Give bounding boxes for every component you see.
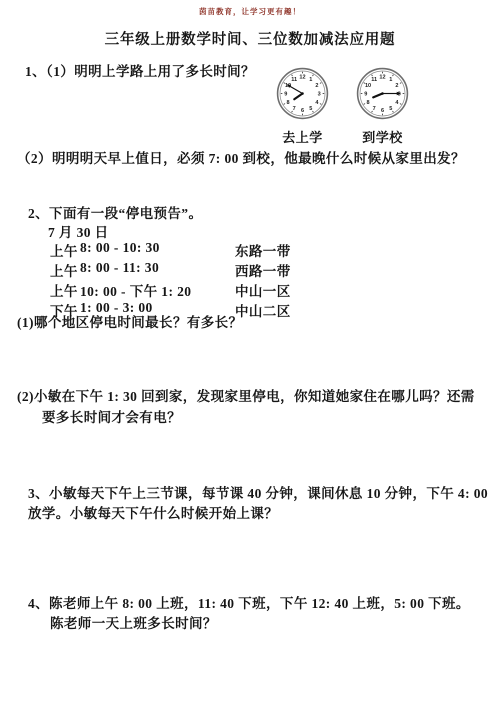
svg-text:11: 11 [371,77,377,83]
power-outage-schedule: 上午 8: 00 - 10: 30 东路一带 上午 8: 00 - 11: 30… [50,240,291,320]
question-3-line-2: 放学。小敏每天下午什么时候开始上课？ [28,502,278,522]
svg-text:9: 9 [284,91,287,97]
svg-text:6: 6 [381,108,384,114]
question-3-line-1: 3、小敏每天下午上三节课，每节课 40 分钟，课间休息 10 分钟，下午 4: … [28,482,488,502]
question-2-sub-1: (1)哪个地区停电时间最长？有多长？ [17,311,242,331]
schedule-row: 上午 8: 00 - 11: 30 西路一带 [50,260,291,280]
schedule-area: 西路一带 [235,260,291,280]
svg-text:2: 2 [395,83,398,89]
question-2-sub-2-line-1: (2)小敏在下午 1: 30 回到家，发现家里停电，你知道她家住在哪儿吗？还需 [17,385,475,405]
schedule-period: 上午 [50,280,80,300]
schedule-period: 上午 [50,240,80,260]
question-2-intro: 2、下面有一段“停电预告”。 [28,202,202,222]
svg-text:1: 1 [389,77,392,83]
schedule-time: 8: 00 - 11: 30 [80,260,235,280]
question-4-line-1: 4、陈老师上午 8: 00 上班，11: 40 下班，下午 12: 40 上班，… [28,592,470,612]
svg-text:5: 5 [309,106,312,112]
svg-text:2: 2 [315,83,318,89]
clock-figure-go-to-school: 123456789101112 去上学 [276,67,329,146]
clock-label-go-to-school: 去上学 [276,127,329,146]
clock-figure-arrive-at-school: 123456789101112 到学校 [356,67,409,146]
svg-text:3: 3 [318,91,321,97]
schedule-area: 东路一带 [235,240,291,260]
question-1-part-1: 1、（1）明明上学路上用了多长时间？ [25,60,255,80]
svg-text:11: 11 [291,77,297,83]
schedule-period: 上午 [50,260,80,280]
svg-text:8: 8 [366,100,369,106]
clock-label-arrive-at-school: 到学校 [356,127,409,146]
svg-text:6: 6 [301,108,304,114]
question-2-date: 7 月 30 日 [48,221,109,241]
svg-text:5: 5 [389,106,392,112]
svg-text:10: 10 [365,83,371,89]
worksheet-page: 茵苗教育，让学习更有趣！ 三年级上册数学时间、三位数加减法应用题 1、（1）明明… [0,0,500,707]
svg-text:7: 7 [293,106,296,112]
clock-face-go-to-school-icon: 123456789101112 [276,67,329,125]
question-2-sub-2-line-2: 要多长时间才会有电？ [42,406,181,426]
svg-text:1: 1 [309,77,312,83]
page-title: 三年级上册数学时间、三位数加减法应用题 [0,28,500,49]
schedule-row: 上午 10: 00 - 下午 1: 20 中山一区 [50,280,291,300]
svg-text:7: 7 [373,106,376,112]
clock-face-arrive-at-school-icon: 123456789101112 [356,67,409,125]
header-watermark: 茵苗教育，让学习更有趣！ [0,6,500,17]
schedule-row: 上午 8: 00 - 10: 30 东路一带 [50,240,291,260]
svg-text:8: 8 [286,100,289,106]
question-1-part-2: （2）明明明天早上值日，必须 7: 00 到校，他最晚什么时候从家里出发？ [17,147,465,167]
schedule-area: 中山一区 [235,280,291,300]
question-4-line-2: 陈老师一天上班多长时间？ [50,612,217,632]
schedule-time: 8: 00 - 10: 30 [80,240,235,260]
svg-text:9: 9 [364,91,367,97]
svg-text:12: 12 [299,75,305,81]
schedule-time: 10: 00 - 下午 1: 20 [80,280,235,300]
svg-text:12: 12 [379,75,385,81]
schedule-area: 中山二区 [235,300,291,320]
